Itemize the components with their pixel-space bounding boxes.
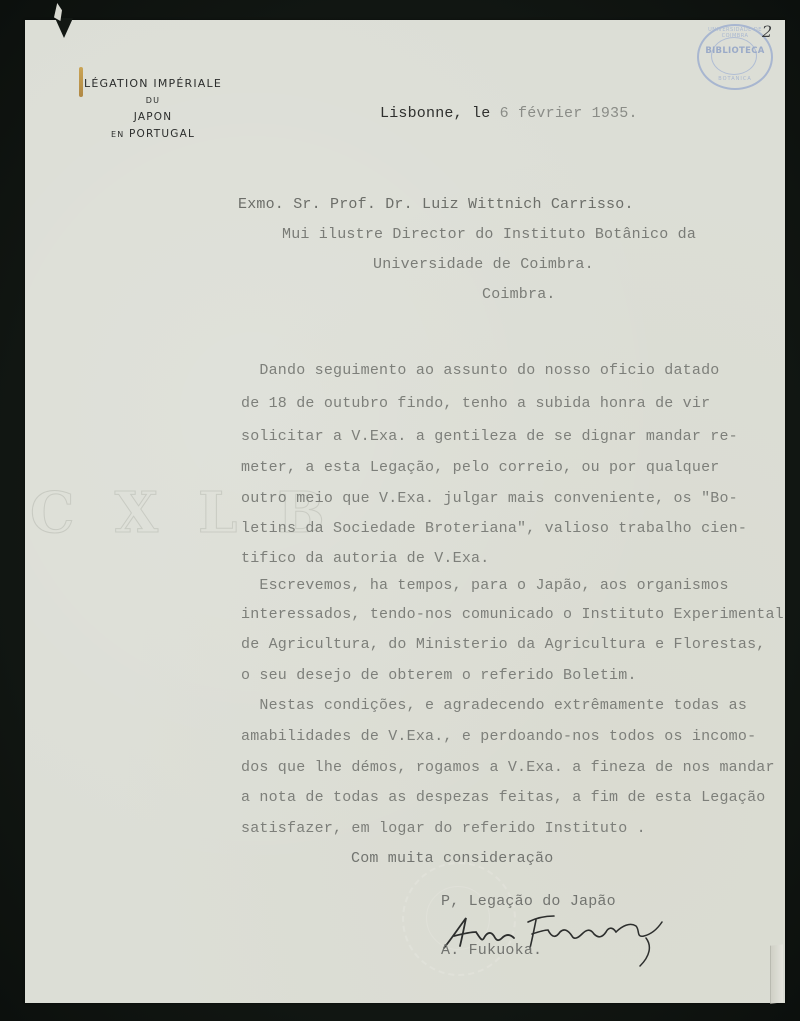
date-place: Lisbonne, le — [380, 105, 490, 122]
stamp-ring-bottom-text: BOTANICA — [704, 76, 766, 82]
curled-corner — [770, 944, 783, 1003]
address-line-1: Exmo. Sr. Prof. Dr. Luiz Wittnich Carris… — [238, 196, 634, 213]
body-line: interessados, tendo-nos comunicado o Ins… — [241, 606, 784, 623]
letterhead: LÉGATION IMPÉRIALE DU JAPON EN PORTUGAL — [68, 76, 238, 145]
address-line-3: Universidade de Coimbra. — [373, 256, 594, 273]
body-line: de 18 de outubro findo, tenho a subida h… — [241, 395, 710, 412]
letterhead-line-4: EN PORTUGAL — [68, 124, 238, 145]
stamp-center-text: BIBLIOTECA — [699, 46, 771, 56]
date-value: 6 février 1935. — [500, 105, 638, 122]
body-line: Dando seguimento ao assunto do nosso ofi… — [241, 362, 719, 379]
body-line: satisfazer, em logar do referido Institu… — [241, 820, 646, 837]
folio-number: 2 — [762, 22, 772, 41]
letterhead-prefix: EN — [111, 130, 124, 139]
date-line: Lisbonne, le 6 février 1935. — [380, 105, 638, 122]
handwritten-signature: Akira Fukuoka — [440, 908, 670, 968]
body-line: letins da Sociedade Broteriana", valioso… — [241, 520, 747, 537]
body-line: dos que lhe démos, rogamos a V.Exa. a fi… — [241, 759, 775, 776]
letterhead-country: PORTUGAL — [129, 128, 195, 140]
body-line: o seu desejo de obterem o referido Bolet… — [241, 667, 637, 684]
body-line: solicitar a V.Exa. a gentileza de se dig… — [241, 428, 738, 445]
address-line-2: Mui ilustre Director do Instituto Botâni… — [282, 226, 696, 243]
body-line: outro meio que V.Exa. julgar mais conven… — [241, 490, 738, 507]
body-line: de Agricultura, do Ministerio da Agricul… — [241, 636, 765, 653]
body-line: a nota de todas as despezas feitas, a fi… — [241, 789, 765, 806]
letterhead-line-2: DU — [68, 91, 238, 110]
body-line: Escrevemos, ha tempos, para o Japão, aos… — [241, 577, 729, 594]
typed-signatory-name: A. Fukuoka. — [441, 942, 542, 959]
letterhead-line-1: LÉGATION IMPÉRIALE — [68, 76, 238, 91]
address-line-4: Coimbra. — [482, 286, 556, 303]
body-line: tifico da autoria de V.Exa. — [241, 550, 489, 567]
body-line: Nestas condições, e agradecendo extrêmam… — [241, 697, 747, 714]
stamp-inner-ring — [711, 37, 757, 75]
body-line: amabilidades de V.Exa., e perdoando-nos … — [241, 728, 756, 745]
body-line: meter, a esta Legação, pelo correio, ou … — [241, 459, 719, 476]
letterhead-line-3: JAPON — [68, 110, 238, 124]
closing-salutation: Com muita consideração — [351, 850, 553, 867]
torn-notch — [55, 18, 73, 38]
